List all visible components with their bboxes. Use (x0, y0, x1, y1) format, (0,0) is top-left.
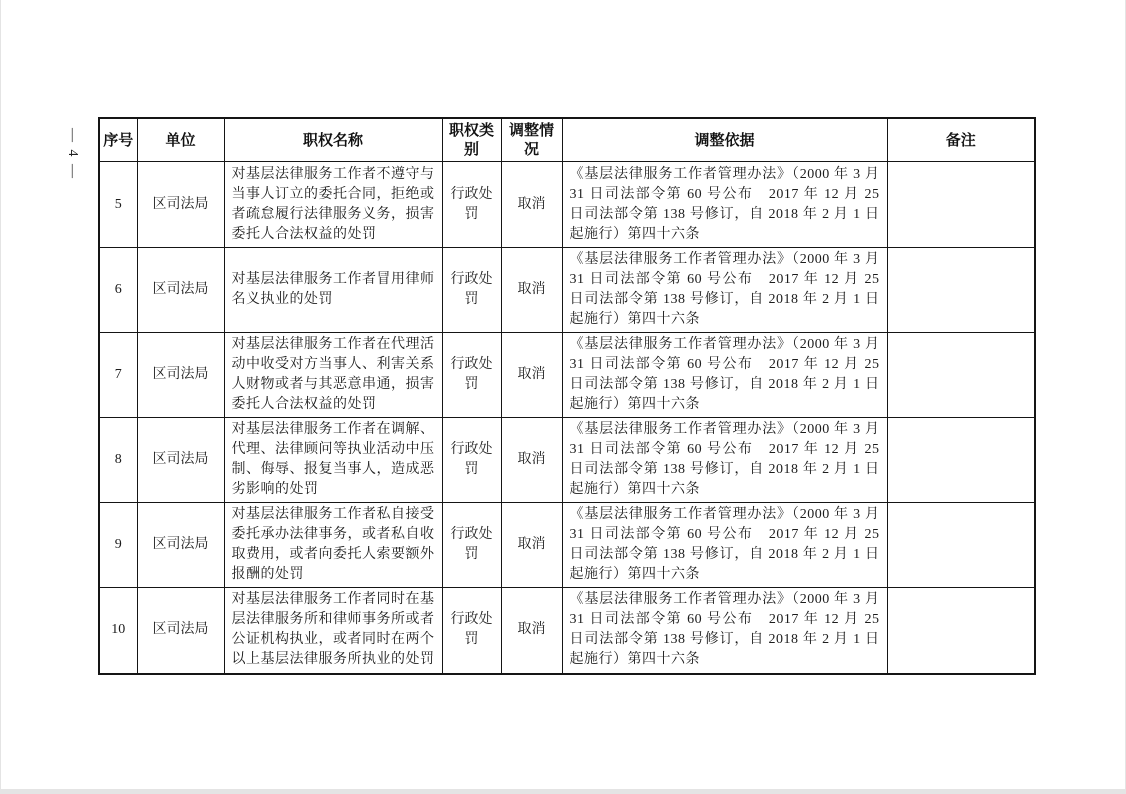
table-body: 5 区司法局 对基层法律服务工作者不遵守与当事人订立的委托合同，拒绝或者疏怠履行… (99, 162, 1035, 674)
col-header-unit: 单位 (137, 118, 224, 162)
cell-power-name: 对基层法律服务工作者在调解、代理、法律顾问等执业活动中压制、侮辱、报复当事人，造… (224, 418, 442, 503)
col-header-adjustment: 调整情况 (501, 118, 562, 162)
table-row: 9 区司法局 对基层法律服务工作者私自接受委托承办法律事务，或者私自收取费用，或… (99, 503, 1035, 588)
col-header-basis: 调整依据 (562, 118, 887, 162)
cell-category: 行政处罚 (442, 162, 501, 248)
cell-power-name: 对基层法律服务工作者不遵守与当事人订立的委托合同，拒绝或者疏怠履行法律服务义务，… (224, 162, 442, 248)
cell-power-name: 对基层法律服务工作者同时在基层法律服务所和律师事务所或者公证机构执业，或者同时在… (224, 588, 442, 674)
cell-adjustment: 取消 (501, 333, 562, 418)
cell-basis: 《基层法律服务工作者管理办法》（2000 年 3 月 31 日司法部令第 60 … (562, 503, 887, 588)
cell-remark (887, 418, 1035, 503)
cell-seq: 7 (99, 333, 137, 418)
cell-seq: 9 (99, 503, 137, 588)
cell-remark (887, 588, 1035, 674)
cell-unit: 区司法局 (137, 418, 224, 503)
col-header-power-name: 职权名称 (224, 118, 442, 162)
cell-power-name: 对基层法律服务工作者私自接受委托承办法律事务，或者私自收取费用，或者向委托人索要… (224, 503, 442, 588)
cell-category: 行政处罚 (442, 333, 501, 418)
cell-unit: 区司法局 (137, 333, 224, 418)
cell-category: 行政处罚 (442, 248, 501, 333)
cell-seq: 10 (99, 588, 137, 674)
cell-basis: 《基层法律服务工作者管理办法》（2000 年 3 月 31 日司法部令第 60 … (562, 418, 887, 503)
cell-basis: 《基层法律服务工作者管理办法》（2000 年 3 月 31 日司法部令第 60 … (562, 162, 887, 248)
table-row: 7 区司法局 对基层法律服务工作者在代理活动中收受对方当事人、利害关系人财物或者… (99, 333, 1035, 418)
cell-remark (887, 248, 1035, 333)
cell-unit: 区司法局 (137, 162, 224, 248)
power-adjustment-table: 序号 单位 职权名称 职权类别 调整情况 调整依据 备注 5 区司法局 对基层法… (98, 117, 1036, 675)
col-header-category: 职权类别 (442, 118, 501, 162)
document-page: — 4 — 序号 单位 职权名称 职权类别 调整情况 调整依据 备注 5 (1, 0, 1125, 789)
table-header: 序号 单位 职权名称 职权类别 调整情况 调整依据 备注 (99, 118, 1035, 162)
cell-category: 行政处罚 (442, 588, 501, 674)
cell-unit: 区司法局 (137, 503, 224, 588)
cell-seq: 8 (99, 418, 137, 503)
cell-power-name: 对基层法律服务工作者冒用律师名义执业的处罚 (224, 248, 442, 333)
col-header-seq: 序号 (99, 118, 137, 162)
header-row: 序号 单位 职权名称 职权类别 调整情况 调整依据 备注 (99, 118, 1035, 162)
col-header-remark: 备注 (887, 118, 1035, 162)
cell-category: 行政处罚 (442, 418, 501, 503)
cell-category: 行政处罚 (442, 503, 501, 588)
cell-adjustment: 取消 (501, 503, 562, 588)
cell-seq: 6 (99, 248, 137, 333)
cell-basis: 《基层法律服务工作者管理办法》（2000 年 3 月 31 日司法部令第 60 … (562, 333, 887, 418)
cell-remark (887, 333, 1035, 418)
cell-power-name: 对基层法律服务工作者在代理活动中收受对方当事人、利害关系人财物或者与其恶意串通，… (224, 333, 442, 418)
table-row: 8 区司法局 对基层法律服务工作者在调解、代理、法律顾问等执业活动中压制、侮辱、… (99, 418, 1035, 503)
cell-remark (887, 503, 1035, 588)
cell-adjustment: 取消 (501, 162, 562, 248)
cell-seq: 5 (99, 162, 137, 248)
table-row: 5 区司法局 对基层法律服务工作者不遵守与当事人订立的委托合同，拒绝或者疏怠履行… (99, 162, 1035, 248)
cell-unit: 区司法局 (137, 588, 224, 674)
table-row: 10 区司法局 对基层法律服务工作者同时在基层法律服务所和律师事务所或者公证机构… (99, 588, 1035, 674)
page-number: — 4 — (60, 114, 80, 194)
cell-basis: 《基层法律服务工作者管理办法》（2000 年 3 月 31 日司法部令第 60 … (562, 248, 887, 333)
table-row: 6 区司法局 对基层法律服务工作者冒用律师名义执业的处罚 行政处罚 取消 《基层… (99, 248, 1035, 333)
cell-adjustment: 取消 (501, 418, 562, 503)
cell-remark (887, 162, 1035, 248)
cell-adjustment: 取消 (501, 588, 562, 674)
cell-basis: 《基层法律服务工作者管理办法》（2000 年 3 月 31 日司法部令第 60 … (562, 588, 887, 674)
cell-unit: 区司法局 (137, 248, 224, 333)
cell-adjustment: 取消 (501, 248, 562, 333)
